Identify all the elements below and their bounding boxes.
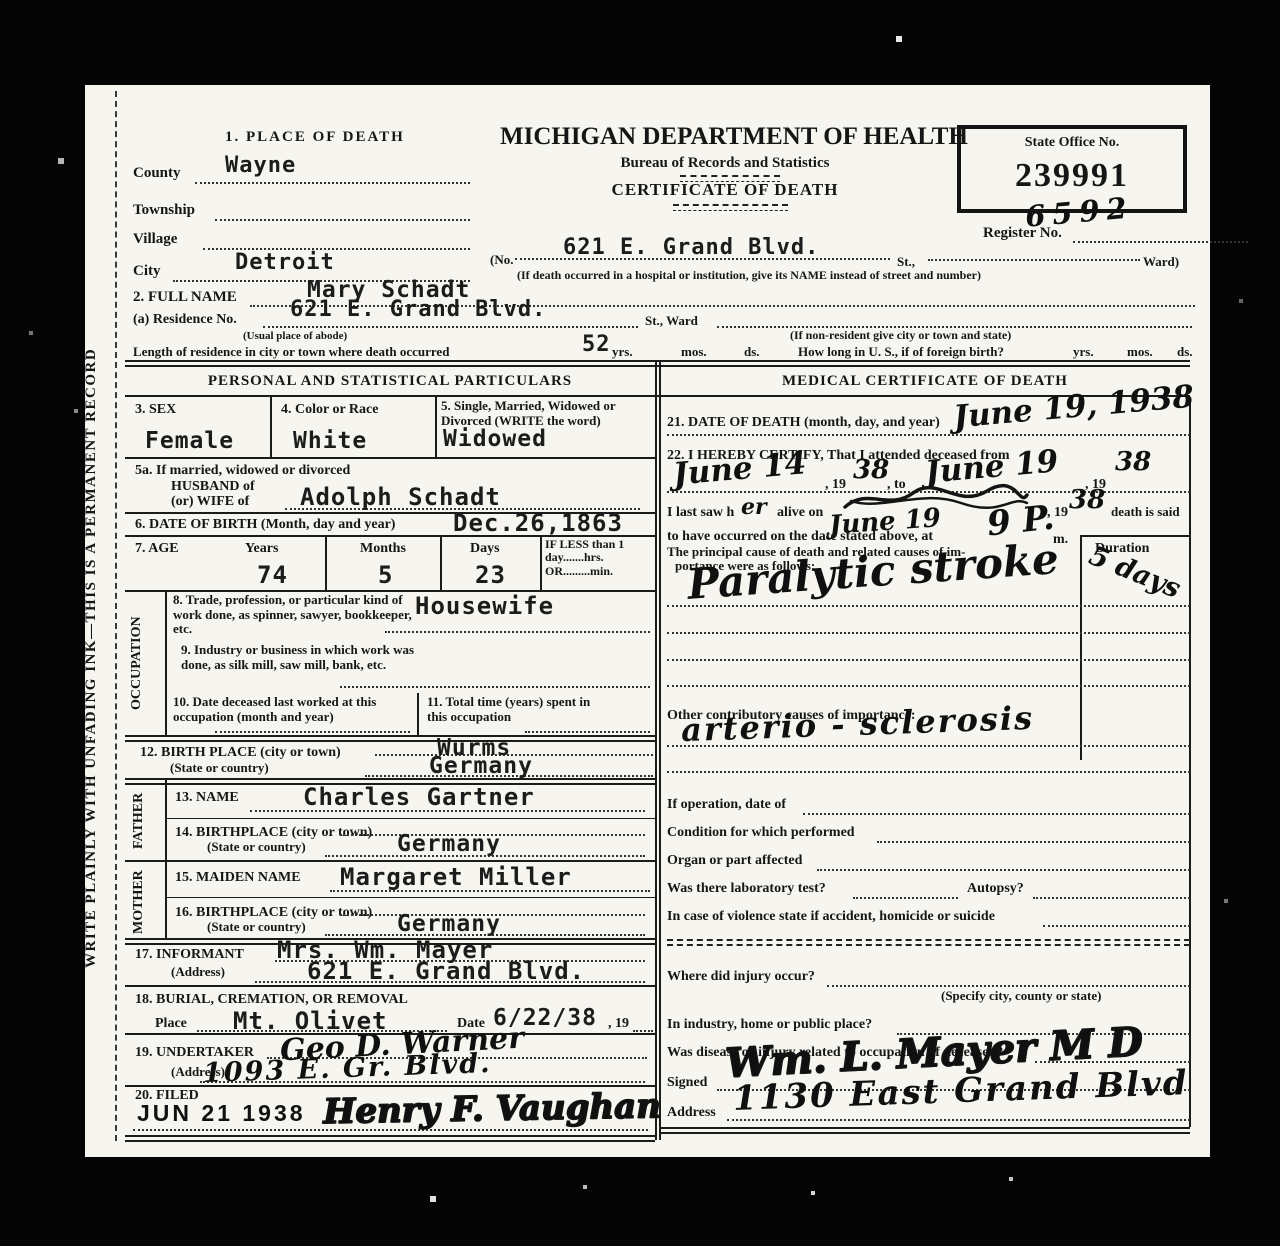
address-label: Address bbox=[667, 1105, 716, 1121]
mother-name-label: 15. MAIDEN NAME bbox=[175, 870, 301, 886]
village-label: Village bbox=[133, 231, 177, 248]
cell-divider bbox=[540, 537, 542, 590]
race-label: 4. Color or Race bbox=[281, 402, 378, 418]
left-bottom-rule bbox=[125, 1135, 655, 1142]
certificate-paper: WRITE PLAINLY WITH UNFADING INK—THIS IS … bbox=[85, 85, 1210, 1157]
organ-label: Organ or part affected bbox=[667, 853, 802, 869]
residence-st-ward-label: St., Ward bbox=[645, 314, 698, 329]
cell-divider bbox=[325, 537, 327, 590]
sub-rule bbox=[165, 897, 655, 898]
burial-date-fill-line bbox=[633, 1030, 653, 1032]
industry-label: 9. Industry or business in which work wa… bbox=[181, 643, 423, 672]
marital-label: 5. Single, Married, Widowed or Divorced … bbox=[441, 399, 653, 428]
contributory-fill-line bbox=[667, 745, 1190, 747]
age-days-value: 23 bbox=[475, 561, 506, 589]
occurred-label: to have occurred on the date stated abov… bbox=[667, 529, 933, 545]
address-fill-line bbox=[727, 1119, 1190, 1121]
right-bottom-rule bbox=[660, 1127, 1190, 1134]
county-label: County bbox=[133, 165, 181, 182]
birthplace-country-value: Germany bbox=[429, 753, 533, 779]
sex-label: 3. SEX bbox=[135, 402, 176, 418]
county-value: Wayne bbox=[225, 153, 296, 178]
cause-fill-line bbox=[667, 685, 1190, 687]
row-rule bbox=[125, 985, 655, 987]
last-worked-label: 10. Date deceased last worked at this oc… bbox=[173, 695, 413, 724]
if-less-label: IF LESS than 1 day.......hrs. OR........… bbox=[545, 538, 653, 578]
spouse-value: Adolph Schadt bbox=[300, 483, 501, 511]
informant-address-value: 621 E. Grand Blvd. bbox=[307, 957, 585, 985]
trade-value: Housewife bbox=[415, 592, 554, 620]
margin-permanent-record-note: WRITE PLAINLY WITH UNFADING INK—THIS IS … bbox=[83, 235, 113, 1080]
city-label: City bbox=[133, 263, 161, 280]
city-value: Detroit bbox=[235, 250, 335, 275]
age-years-label: Years bbox=[245, 541, 278, 557]
row-rule bbox=[125, 860, 655, 862]
age-label: 7. AGE bbox=[135, 541, 179, 557]
organ-fill-line bbox=[817, 869, 1190, 871]
township-fill-line bbox=[215, 219, 470, 221]
side-cell-divider bbox=[165, 780, 167, 860]
mos-label: mos. bbox=[681, 345, 707, 360]
injury-section-divider bbox=[667, 939, 1190, 946]
right-edge-rule bbox=[1189, 397, 1191, 1127]
informant-sub-label: (Address) bbox=[171, 965, 225, 980]
duration-box-left bbox=[1080, 535, 1082, 760]
sub-rule bbox=[165, 818, 655, 819]
contributory-fill-line-2 bbox=[667, 771, 1190, 773]
duration-box-top bbox=[1080, 535, 1190, 537]
father-name-value: Charles Gartner bbox=[303, 783, 535, 811]
state-office-label: State Office No. bbox=[961, 135, 1183, 151]
mother-name-value: Margaret Miller bbox=[340, 863, 572, 891]
father-birthplace-sub-label: (State or country) bbox=[207, 840, 306, 855]
cause-fill-line bbox=[667, 659, 1190, 661]
decorative-rule bbox=[673, 204, 788, 211]
yrs-label-2: yrs. bbox=[1073, 345, 1094, 360]
ds-label: ds. bbox=[744, 345, 760, 360]
age-months-label: Months bbox=[360, 541, 406, 557]
last-saw-year-handwritten: 38 bbox=[1069, 485, 1105, 515]
place-of-death-heading: 1. PLACE OF DEATH bbox=[225, 129, 405, 146]
date-of-death-label: 21. DATE OF DEATH (month, day, and year) bbox=[667, 415, 940, 431]
cell-divider bbox=[417, 693, 419, 735]
cause-fill-line bbox=[667, 605, 1190, 607]
street-no-label: (No. bbox=[490, 253, 513, 268]
hospital-note: (If death occurred in a hospital or inst… bbox=[517, 269, 981, 282]
registrar-signature-handwritten: Henry F. Vaughan bbox=[323, 1086, 661, 1132]
personal-section-title: PERSONAL AND STATISTICAL PARTICULARS bbox=[125, 373, 655, 390]
filed-date-stamp: JUN 21 1938 bbox=[137, 1101, 306, 1127]
mos-label-2: mos. bbox=[1127, 345, 1153, 360]
injury-where-label: Where did injury occur? bbox=[667, 969, 815, 985]
residence-value: 621 E. Grand Blvd. bbox=[290, 297, 546, 322]
mother-side-label: MOTHER bbox=[131, 865, 155, 939]
residence-fill-line bbox=[263, 326, 638, 328]
contributory-handwritten: arterio - sclerosis bbox=[680, 699, 1034, 749]
death-is-said-label: death is said bbox=[1111, 505, 1180, 520]
street-value: 621 E. Grand Blvd. bbox=[563, 235, 819, 260]
trade-label: 8. Trade, profession, or particular kind… bbox=[173, 593, 421, 637]
industry-home-label: In industry, home or public place? bbox=[667, 1017, 872, 1033]
burial-date-suffix: , 19 bbox=[608, 1016, 629, 1032]
residence-label: (a) Residence No. bbox=[133, 312, 237, 328]
center-column-divider bbox=[655, 362, 661, 1140]
total-time-label: 11. Total time (years) spent in this occ… bbox=[427, 695, 602, 724]
industry-fill-line bbox=[340, 686, 650, 688]
attended-to-year-handwritten: 38 bbox=[1115, 447, 1151, 477]
lab-test-fill-line bbox=[853, 897, 958, 899]
husband-of-label: HUSBAND of bbox=[171, 479, 255, 495]
father-side-label: FATHER bbox=[131, 785, 155, 857]
birthplace-sub-label: (State or country) bbox=[170, 761, 269, 776]
row-rule bbox=[125, 457, 655, 459]
burial-label: 18. BURIAL, CREMATION, OR REMOVAL bbox=[135, 992, 408, 1008]
dob-value: Dec.26,1863 bbox=[453, 509, 623, 537]
operation-fill-line bbox=[803, 813, 1190, 815]
burial-place-label: Place bbox=[155, 1016, 187, 1032]
informant-label: 17. INFORMANT bbox=[135, 947, 244, 963]
margin-divider-line bbox=[115, 91, 117, 1141]
autopsy-fill-line bbox=[1033, 897, 1190, 899]
nonresident-note: (If non-resident give city or town and s… bbox=[790, 329, 1011, 342]
department-title: MICHIGAN DEPARTMENT OF HEALTH bbox=[500, 123, 950, 151]
total-time-fill-line bbox=[525, 731, 650, 733]
injury-where-fill-line bbox=[827, 985, 1190, 987]
signed-label: Signed bbox=[667, 1075, 707, 1091]
full-name-label: 2. FULL NAME bbox=[133, 289, 237, 306]
alive-on-label: alive on bbox=[777, 505, 823, 521]
cause-fill-line bbox=[667, 632, 1190, 634]
side-cell-divider bbox=[165, 860, 167, 940]
condition-fill-line bbox=[877, 841, 1190, 843]
length-years-value: 52 bbox=[582, 332, 611, 357]
county-fill-line bbox=[195, 182, 470, 184]
ward-fill-line bbox=[928, 259, 1140, 261]
violence-fill-line bbox=[1043, 925, 1190, 927]
condition-label: Condition for which performed bbox=[667, 825, 855, 841]
mother-birthplace-sub-label: (State or country) bbox=[207, 920, 306, 935]
operation-label: If operation, date of bbox=[667, 797, 786, 813]
race-value: White bbox=[293, 428, 367, 454]
ds-label-2: ds. bbox=[1177, 345, 1193, 360]
marital-value: Widowed bbox=[443, 426, 547, 452]
violence-label: In case of violence state if accident, h… bbox=[667, 909, 995, 925]
ward-label: Ward) bbox=[1143, 255, 1179, 270]
autopsy-label: Autopsy? bbox=[967, 881, 1024, 897]
father-birthplace-value: Germany bbox=[397, 831, 501, 857]
wife-of-label: (or) WIFE of bbox=[171, 494, 249, 510]
lab-test-label: Was there laboratory test? bbox=[667, 881, 826, 897]
birthplace-label: 12. BIRTH PLACE (city or town) bbox=[140, 745, 341, 761]
state-office-number: 239991 bbox=[961, 157, 1183, 195]
spouse-label: 5a. If married, widowed or divorced bbox=[135, 463, 350, 479]
age-months-value: 5 bbox=[378, 561, 393, 589]
dob-label: 6. DATE OF BIRTH (Month, day and year) bbox=[135, 517, 395, 533]
side-cell-divider bbox=[165, 590, 167, 735]
last-saw-label: I last saw h bbox=[667, 505, 734, 521]
age-days-label: Days bbox=[470, 541, 500, 557]
father-name-label: 13. NAME bbox=[175, 790, 239, 806]
occupation-side-label: OCCUPATION bbox=[129, 593, 155, 733]
cell-divider bbox=[270, 397, 272, 457]
scan-noise-speckles bbox=[0, 0, 2, 2]
trade-fill-line bbox=[385, 631, 650, 633]
sex-value: Female bbox=[145, 428, 234, 454]
how-long-us-label: How long in U. S., if of foreign birth? bbox=[798, 345, 1004, 360]
register-fill-line bbox=[1073, 241, 1248, 243]
block-rule bbox=[125, 735, 655, 742]
cell-divider bbox=[435, 397, 437, 457]
age-years-value: 74 bbox=[257, 561, 288, 589]
township-label: Township bbox=[133, 202, 195, 219]
dod-fill-line bbox=[667, 434, 1190, 436]
abode-note: (Usual place of abode) bbox=[243, 330, 347, 342]
bureau-subtitle: Bureau of Records and Statistics bbox=[500, 155, 950, 172]
injury-where-sub-label: (Specify city, county or state) bbox=[941, 989, 1101, 1004]
mother-birthplace-value: Germany bbox=[397, 911, 501, 937]
yrs-label: yrs. bbox=[612, 345, 633, 360]
scanned-death-certificate: { "margin": { "note": "WRITE PLAINLY WIT… bbox=[0, 0, 1280, 1246]
last-worked-fill-line bbox=[215, 731, 410, 733]
last-saw-er-handwritten: er bbox=[741, 494, 767, 520]
certificate-title: CERTIFICATE OF DEATH bbox=[500, 180, 950, 199]
cell-divider bbox=[440, 537, 442, 590]
length-of-residence-label: Length of residence in city or town wher… bbox=[133, 345, 449, 360]
